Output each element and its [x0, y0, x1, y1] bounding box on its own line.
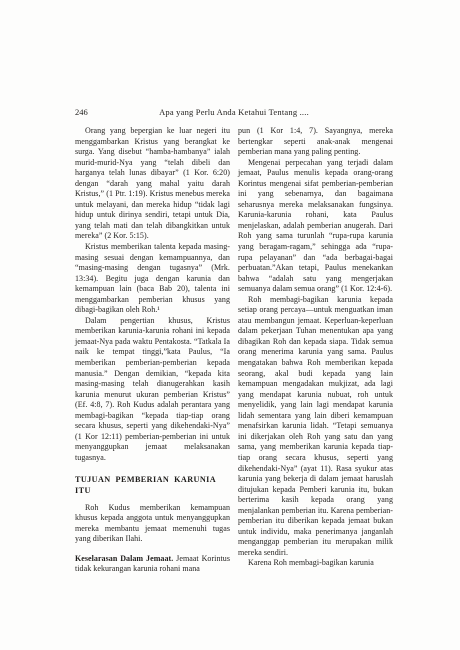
paragraph-pentecost-gifts: Dalam pengertian khusus, Kristus memberi…: [75, 316, 230, 464]
paragraph-karena-roh: Karena Roh membagi-bagikan karunia: [238, 558, 393, 569]
book-page: 246 Apa yang Perlu Anda Ketahui Tentang …: [0, 0, 460, 650]
paragraph-spirit-distributes: Roh membagi-bagikan karunia kepada setia…: [238, 295, 393, 559]
runin-heading-keselarasan: Keselarasan Dalam Jemaat.: [75, 554, 173, 563]
right-column: pun (1 Kor 1:4, 7). Sayangnya, mereka be…: [238, 126, 393, 575]
paragraph-travel-illustration: Orang yang bepergian ke luar negeri itu …: [75, 126, 230, 242]
section-heading-tujuan-pemberian: TUJUAN PEMBERIAN KARUNIA ITU: [75, 474, 230, 496]
text-columns: Orang yang bepergian ke luar negeri itu …: [75, 126, 393, 575]
paragraph-corinth-division: Mengenai perpecahan yang terjadi dalam j…: [238, 158, 393, 295]
paragraph-keselarasan: Keselarasan Dalam Jemaat. Jemaat Korintu…: [75, 554, 230, 575]
running-title: Apa yang Perlu Anda Ketahui Tentang ....: [75, 106, 393, 118]
paragraph-holy-spirit-ability: Roh Kudus memberikan kemampuan khusus ke…: [75, 503, 230, 545]
left-column: Orang yang bepergian ke luar negeri itu …: [75, 126, 230, 575]
page-header: 246 Apa yang Perlu Anda Ketahui Tentang …: [75, 106, 393, 118]
paragraph-continuation-pun: pun (1 Kor 1:4, 7). Sayangnya, mereka be…: [238, 126, 393, 158]
paragraph-talents: Kristus memberikan talenta kepada masing…: [75, 242, 230, 316]
